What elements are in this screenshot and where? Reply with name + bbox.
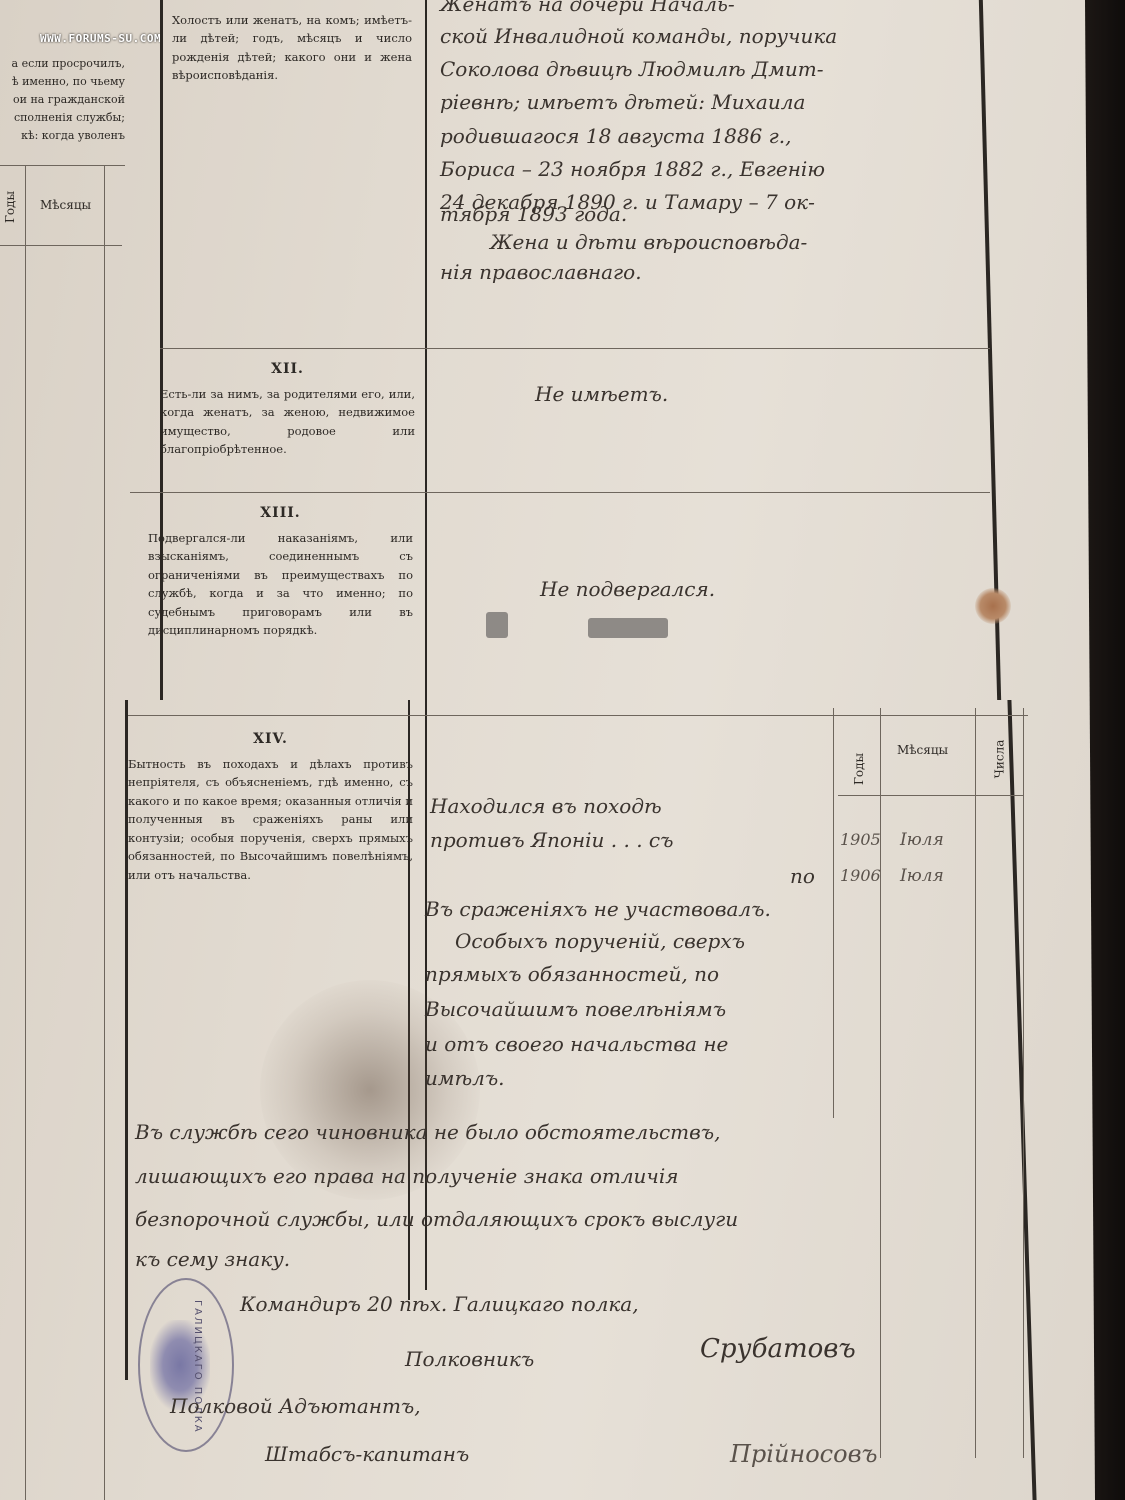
date-month-from: Іюля bbox=[900, 826, 944, 854]
date-year-to: 1906 bbox=[840, 862, 881, 890]
column-header-months: Мѣсяцы bbox=[897, 743, 948, 757]
section-xii-question: XII. Есть-ли за нимъ, за родителями его,… bbox=[160, 360, 415, 459]
commander-signature: Срубатовъ bbox=[700, 1335, 856, 1363]
divider bbox=[104, 165, 105, 1500]
column-header-years: Годы bbox=[3, 191, 17, 223]
row-divider bbox=[160, 348, 990, 349]
divider bbox=[0, 165, 125, 166]
date-year-from: 1905 bbox=[840, 826, 881, 854]
date-column-divider bbox=[1023, 708, 1024, 1458]
date-column-divider bbox=[880, 708, 881, 1458]
section-number: XIII. bbox=[148, 504, 413, 523]
watermark: WWW.FORUMS-SU.COM bbox=[40, 32, 161, 45]
section-xii-answer: Не имѣетъ. bbox=[535, 380, 668, 408]
commander-rank: Полковникъ bbox=[405, 1345, 534, 1373]
date-month-to: Іюля bbox=[900, 862, 944, 890]
section-xiii-answer: Не подвергался. bbox=[540, 575, 715, 603]
column-header-days: Числа bbox=[992, 740, 1006, 779]
paper-damage bbox=[486, 612, 508, 638]
left-fragment-text: а если просрочилъ, ѣ именно, по чьему ои… bbox=[0, 55, 125, 145]
paper-damage bbox=[588, 618, 668, 638]
date-column-divider bbox=[975, 708, 976, 1458]
section-number: XIV. bbox=[128, 730, 413, 749]
date-column-divider bbox=[833, 708, 834, 1118]
column-header-months: Мѣсяцы bbox=[40, 198, 91, 212]
date-header-divider bbox=[838, 795, 1023, 796]
section-xiii-question: XIII. Подвергался-ли наказаніямъ, или вз… bbox=[148, 504, 413, 640]
row-divider bbox=[130, 492, 990, 493]
row-divider bbox=[128, 715, 1028, 716]
adjutant-signature: Прійносовъ bbox=[730, 1440, 878, 1468]
section-xiv-question: XIV. Бытность въ походахъ и дѣлахъ проти… bbox=[128, 730, 413, 884]
commander-title: Командиръ 20 пѣх. Галицкаго полка, bbox=[240, 1290, 639, 1318]
stain bbox=[975, 588, 1011, 624]
adjutant-rank: Штабсъ-капитанъ bbox=[265, 1440, 469, 1468]
section-xi-question: XI. Холостъ или женатъ, на комъ; имѣетъ-… bbox=[172, 0, 412, 85]
divider bbox=[25, 165, 26, 1500]
section-number: XII. bbox=[160, 360, 415, 379]
section-number: XI. bbox=[172, 0, 412, 5]
column-header-years: Годы bbox=[852, 753, 866, 785]
adjutant-title: Полковой Адъютантъ, bbox=[170, 1392, 421, 1420]
